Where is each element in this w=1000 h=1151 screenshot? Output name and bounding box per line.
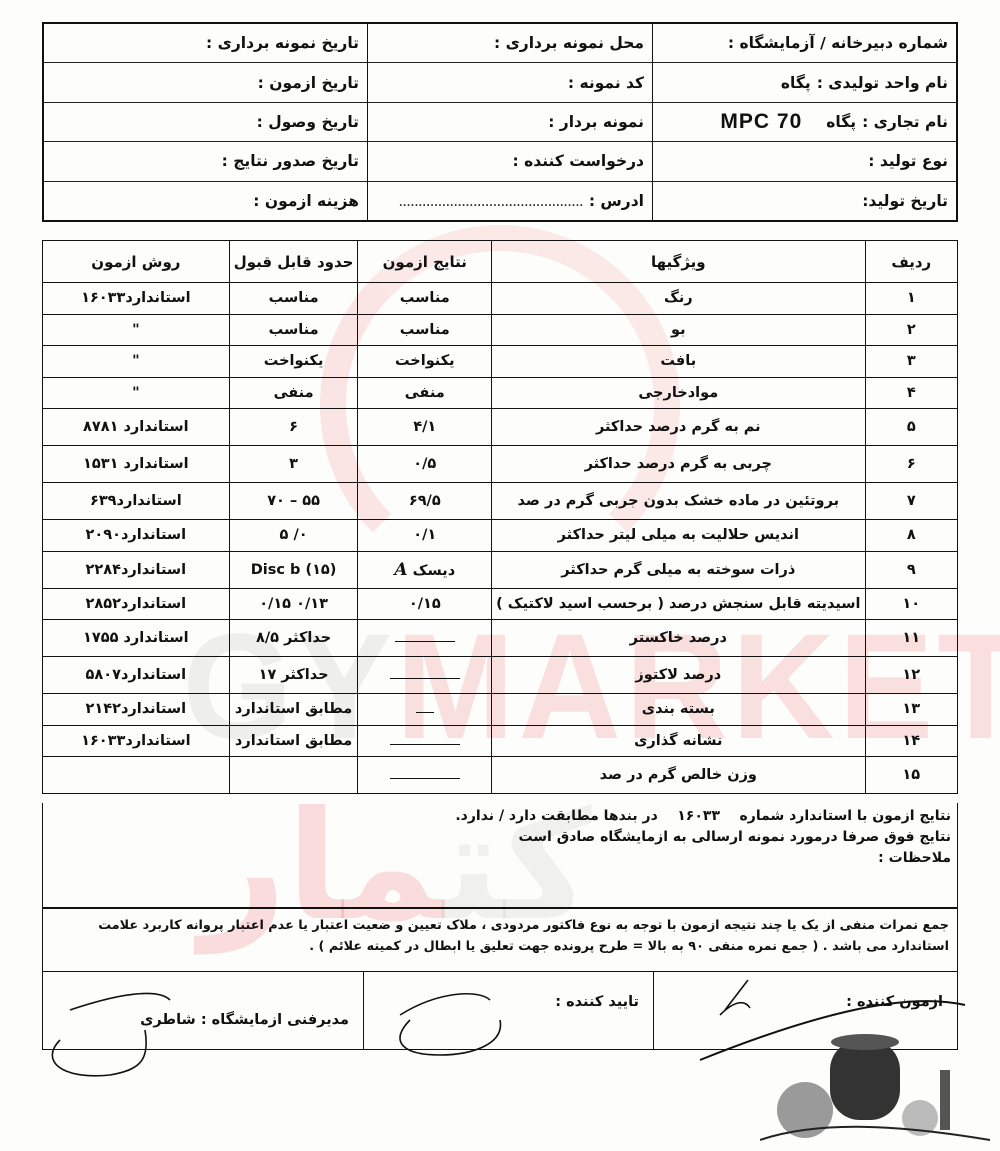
signature-approver: تایید کننده : (363, 972, 653, 1049)
cell-no: ۷ (865, 483, 958, 520)
cell-method: استاندارد۱۶۰۳۳ (43, 725, 230, 757)
cell-property: چربی به گرم درصد حداکثر (492, 446, 865, 483)
cell-limit: ۳ (229, 446, 358, 483)
cell-limit (229, 757, 358, 794)
signature-manager: مدیرفنی ازمایشگاه : شاطری (43, 972, 363, 1049)
conformity-statement: نتایج ازمون با استاندارد شماره ۱۶۰۳۳ در … (49, 806, 951, 827)
header-field-requester: درخواست کننده : (368, 142, 652, 181)
tester-label: ازمون کننده : (846, 994, 943, 1010)
empty-dash (416, 703, 434, 713)
cell-property: بروتئین در ماده خشک بدون جربی گرم در صد (492, 483, 865, 520)
table-row: ۶ چربی به گرم درصد حداکثر ۰/۵ ۳ استاندار… (43, 446, 958, 483)
header-col-product: شماره دبیرخانه / آزمایشگاه : نام واحد تو… (652, 24, 956, 220)
column-header-result: نتایج ازمون (358, 241, 492, 283)
remarks-label: ملاحظات : (49, 848, 951, 869)
cell-result: ۰/۵ (358, 446, 492, 483)
cell-method: استاندارد۱۶۰۳۳ (43, 283, 230, 315)
field-label: درخواست کننده : (513, 152, 645, 170)
cell-no: ۲ (865, 314, 958, 346)
header-field-address: ادرس : .................................… (368, 182, 652, 220)
cell-limit: مناسب (229, 283, 358, 315)
field-value: پگاه (826, 113, 856, 131)
header-field-sample-code: کد نمونه : (368, 63, 652, 102)
cell-property: درصد خاکستر (492, 620, 865, 657)
field-label: شماره دبیرخانه / آزمایشگاه : (728, 34, 948, 52)
header-field-test-cost: هزینه ازمون : (44, 182, 367, 220)
table-row: ۲ بو مناسب مناسب " (43, 314, 958, 346)
header-col-sample: محل نمونه برداری : کد نمونه : نمونه بردا… (367, 24, 652, 220)
cell-method: " (43, 314, 230, 346)
cell-method: استاندارد۲۸۵۲ (43, 588, 230, 620)
header-field-producer: نام واحد تولیدی : پگاه (653, 63, 956, 102)
cell-property: درصد لاکتوز (492, 657, 865, 694)
field-label: نوع تولید : (868, 152, 948, 170)
cell-method: استاندارد ۱۷۵۵ (43, 620, 230, 657)
cell-no: ۳ (865, 346, 958, 378)
manager-label: مدیرفنی ازمایشگاه : شاطری (140, 1012, 349, 1028)
header-field-sampler: نمونه بردار : (368, 103, 652, 142)
field-label: تاریخ نمونه برداری : (206, 34, 359, 52)
cell-method: استاندارد۲۱۴۲ (43, 694, 230, 726)
cell-property: نم به گرم درصد حداکثر (492, 409, 865, 446)
table-row: ۱۳ بسته بندی مطابق استاندارد استاندارد۲۱… (43, 694, 958, 726)
cell-property: بسته بندی (492, 694, 865, 726)
field-label: نام تجاری : (862, 113, 948, 131)
cell-limit: ۵۵ – ۷۰ (229, 483, 358, 520)
results-table: ردیف ویژگیها نتایج ازمون حدود قابل قبول … (42, 240, 958, 794)
field-label: تاریخ تولید: (862, 192, 948, 210)
cell-method: استاندارد ۱۵۳۱ (43, 446, 230, 483)
cell-result (358, 757, 492, 794)
header-field-production-type: نوع تولید : (653, 142, 956, 181)
cell-result: دیسک A (358, 551, 492, 588)
cell-no: ۶ (865, 446, 958, 483)
column-header-method: روش ازمون (43, 241, 230, 283)
cell-method: " (43, 346, 230, 378)
cell-property: ذرات سوخته به میلی گرم حداکثر (492, 551, 865, 588)
cell-method: استاندارد۶۳۹ (43, 483, 230, 520)
header-field-brand: نام تجاری : پگاه MPC 70 (653, 103, 956, 142)
cell-result: منفی (358, 377, 492, 409)
field-value: ........................................… (398, 192, 583, 210)
cell-limit: مناسب (229, 314, 358, 346)
cell-result: مناسب (358, 283, 492, 315)
table-row: ۳ بافت یکنواخت یکنواخت " (43, 346, 958, 378)
cell-result: مناسب (358, 314, 492, 346)
cell-result (358, 657, 492, 694)
header-field-lab-number: شماره دبیرخانه / آزمایشگاه : (653, 24, 956, 63)
cell-property: اندیس حلالیت به میلی لیتر حداکثر (492, 520, 865, 552)
empty-dash (395, 632, 455, 642)
standard-number: ۱۶۰۳۳ (677, 808, 720, 824)
cell-method: استاندارد۲۰۹۰ (43, 520, 230, 552)
field-label: نمونه بردار : (548, 113, 644, 131)
cell-limit: مطابق استاندارد (229, 725, 358, 757)
cell-limit: مطابق استاندارد (229, 694, 358, 726)
cell-limit: حداکثر ۸/۵ (229, 620, 358, 657)
column-header-row-no: ردیف (865, 241, 958, 283)
table-row: ۱۰ اسیدیته قابل سنجش درصد ( برحسب اسید ل… (43, 588, 958, 620)
table-row: ۸ اندیس حلالیت به میلی لیتر حداکثر ۰/۱ ۰… (43, 520, 958, 552)
conclusion-section: نتایج ازمون با استاندارد شماره ۱۶۰۳۳ در … (42, 803, 958, 908)
cell-no: ۱۵ (865, 757, 958, 794)
cell-result: ۰/۱ (358, 520, 492, 552)
cell-result: یکنواخت (358, 346, 492, 378)
cell-property: وزن خالص گرم در صد (492, 757, 865, 794)
cell-result: ۰/۱۵ (358, 588, 492, 620)
empty-dash (390, 735, 460, 745)
cell-method: استاندارد۵۸۰۷ (43, 657, 230, 694)
cell-limit: یکنواخت (229, 346, 358, 378)
cell-no: ۱۲ (865, 657, 958, 694)
cell-limit: حداکثر ۱۷ (229, 657, 358, 694)
column-header-limit: حدود قابل قبول (229, 241, 358, 283)
header-field-test-date: تاریخ ازمون : (44, 63, 367, 102)
cell-method: " (43, 377, 230, 409)
header-field-sampling-date: تاریخ نمونه برداری : (44, 24, 367, 63)
report-header: شماره دبیرخانه / آزمایشگاه : نام واحد تو… (42, 22, 958, 222)
result-text: دیسک (413, 563, 456, 579)
approver-label: تایید کننده : (555, 994, 639, 1010)
cell-no: ۱۳ (865, 694, 958, 726)
header-field-result-date: تاریخ صدور نتایج : (44, 142, 367, 181)
cell-no: ۱۰ (865, 588, 958, 620)
header-field-sampling-location: محل نمونه برداری : (368, 24, 652, 63)
header-field-receipt-date: تاریخ وصول : (44, 103, 367, 142)
cell-result: ۶۹/۵ (358, 483, 492, 520)
cell-result (358, 694, 492, 726)
conformity-suffix: در بندها مطابقت دارد / ندارد. (455, 808, 657, 824)
cell-property: نشانه گذاری (492, 725, 865, 757)
header-field-production-date: تاریخ تولید: (653, 182, 956, 220)
cell-result (358, 620, 492, 657)
cell-limit: منفی (229, 377, 358, 409)
table-row: ۹ ذرات سوخته به میلی گرم حداکثر دیسک A (… (43, 551, 958, 588)
cell-limit: ۰/۱۳ ۰/۱۵ (229, 588, 358, 620)
cell-limit: (۱۵) Disc b (229, 551, 358, 588)
field-label: تاریخ ازمون : (258, 74, 359, 92)
cell-no: ۸ (865, 520, 958, 552)
column-header-property: ویژگیها (492, 241, 865, 283)
header-col-dates: تاریخ نمونه برداری : تاریخ ازمون : تاریخ… (44, 24, 367, 220)
cell-result (358, 725, 492, 757)
cell-method: استاندارد ۸۷۸۱ (43, 409, 230, 446)
field-label: تاریخ صدور نتایج : (222, 152, 359, 170)
signature-row: ازمون کننده : تایید کننده : مدیرفنی ازما… (42, 972, 958, 1050)
signature-tester: ازمون کننده : (653, 972, 957, 1049)
cell-no: ۹ (865, 551, 958, 588)
empty-dash (390, 769, 460, 779)
field-label: هزینه ازمون : (253, 192, 359, 210)
validity-statement: نتایج فوق صرفا درمورد نمونه ارسالی به از… (49, 827, 951, 848)
handwritten-mark: A (394, 560, 407, 580)
cell-limit: ۶ (229, 409, 358, 446)
cell-no: ۵ (865, 409, 958, 446)
field-label: کد نمونه : (568, 74, 644, 92)
field-label: نام واحد تولیدی : (817, 74, 948, 92)
cell-no: ۴ (865, 377, 958, 409)
cell-no: ۱۴ (865, 725, 958, 757)
table-row: ۵ نم به گرم درصد حداکثر ۴/۱ ۶ استاندارد … (43, 409, 958, 446)
table-row: ۱۲ درصد لاکتوز حداکثر ۱۷ استاندارد۵۸۰۷ (43, 657, 958, 694)
brand-name: MPC 70 (720, 110, 802, 134)
cell-property: بو (492, 314, 865, 346)
field-label: محل نمونه برداری : (494, 34, 644, 52)
empty-dash (390, 669, 460, 679)
cell-no: ۱۱ (865, 620, 958, 657)
cell-limit: ۰/ ۵ (229, 520, 358, 552)
cell-property: موادخارجی (492, 377, 865, 409)
table-row: ۱۱ درصد خاکستر حداکثر ۸/۵ استاندارد ۱۷۵۵ (43, 620, 958, 657)
conformity-prefix: نتایج ازمون با استاندارد شماره (740, 808, 952, 824)
table-row: ۷ بروتئین در ماده خشک بدون جربی گرم در ص… (43, 483, 958, 520)
cell-result: ۴/۱ (358, 409, 492, 446)
field-label: ادرس : (589, 192, 644, 210)
cell-property: اسیدیته قابل سنجش درصد ( برحسب اسید لاکت… (492, 588, 865, 620)
cell-property: بافت (492, 346, 865, 378)
table-row: ۴ موادخارجی منفی منفی " (43, 377, 958, 409)
table-row: ۱۵ وزن خالص گرم در صد (43, 757, 958, 794)
cell-no: ۱ (865, 283, 958, 315)
field-value: پگاه (781, 74, 811, 92)
cell-method (43, 757, 230, 794)
table-row: ۱۴ نشانه گذاری مطابق استاندارد استاندارد… (43, 725, 958, 757)
cell-property: رنگ (492, 283, 865, 315)
negative-score-note: جمع نمرات منفی از یک یا چند نتیجه ازمون … (42, 908, 958, 972)
lab-report-page: GYMARKET کتمار شماره دبیرخانه / آزمایشگا… (0, 0, 1000, 1151)
table-row: ۱ رنگ مناسب مناسب استاندارد۱۶۰۳۳ (43, 283, 958, 315)
cell-method: استاندارد۲۲۸۴ (43, 551, 230, 588)
field-label: تاریخ وصول : (257, 113, 359, 131)
table-header-row: ردیف ویژگیها نتایج ازمون حدود قابل قبول … (43, 241, 958, 283)
